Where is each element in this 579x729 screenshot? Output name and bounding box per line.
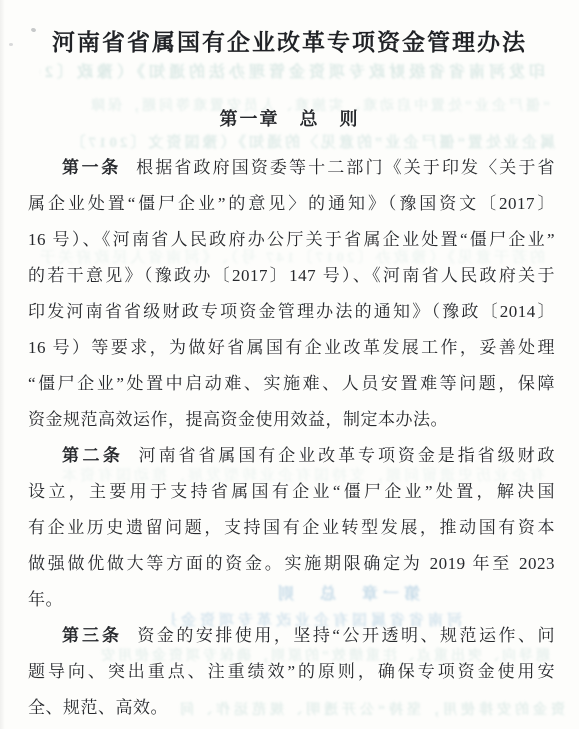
article-number: 第三条 bbox=[62, 626, 122, 645]
body-line: 设立，主要用于支持省属国有企业“僵尸企业”处置，解决国 bbox=[28, 474, 555, 510]
body-line: “僵尸企业”处置中启动难、实施难、人员安置难等问题，保障 bbox=[28, 366, 555, 402]
body-line: 的若干意见》（豫政办〔2017〕147 号）、《河南省人民政府关于 bbox=[28, 258, 555, 294]
bleed-through-text: 印发河南省省级财政专项资金管理办法的通知》（豫政〔2014〕 bbox=[40, 59, 545, 82]
document-body: 第一条根据省政府国资委等十二部门《关于印发〈关于省属企业处置“僵尸企业”的意见〉… bbox=[28, 150, 555, 726]
article-number: 第一条 bbox=[62, 158, 121, 177]
body-line: 全、规范、高效。 bbox=[28, 690, 555, 726]
document-title: 河南省省属国有企业改革专项资金管理办法 bbox=[0, 24, 579, 57]
body-line: 年。 bbox=[28, 582, 555, 618]
article-number: 第二条 bbox=[62, 446, 123, 465]
body-line: 做强做优做大等方面的资金。实施期限确定为 2019 年至 2023 bbox=[28, 546, 555, 582]
bleed-through-text: 属企业处置“僵尸企业”的意见〉的通知》（豫国资文〔2017〕 bbox=[55, 131, 555, 152]
document-page: 印发河南省省级财政专项资金管理办法的通知》（豫政〔2014〕 “僵尸企业”处置中… bbox=[0, 0, 579, 729]
body-line: 第二条河南省省属国有企业改革专项资金是指省级财政 bbox=[28, 438, 555, 474]
body-line: 第一条根据省政府国资委等十二部门《关于印发〈关于省 bbox=[28, 150, 555, 186]
chapter-heading: 第一章 总 则 bbox=[0, 105, 579, 131]
body-line: 题导向、突出重点、注重绩效”的原则，确保专项资金使用安 bbox=[28, 654, 555, 690]
body-line: 有企业历史遗留问题，支持国有企业转型发展，推动国有资本 bbox=[28, 510, 555, 546]
body-line: 资金规范高效运作，提高资金使用效益，制定本办法。 bbox=[28, 402, 555, 438]
body-line: 第三条资金的安排使用，坚持“公开透明、规范运作、问 bbox=[28, 618, 555, 654]
body-line: 属企业处置“僵尸企业”的意见〉的通知》（豫国资文〔2017〕 bbox=[28, 186, 555, 222]
body-line: 印发河南省省级财政专项资金管理办法的通知》（豫政〔2014〕 bbox=[28, 294, 555, 330]
body-line: 16 号）等要求，为做好省属国有企业改革发展工作，妥善处理 bbox=[28, 330, 555, 366]
body-line: 16 号）、《河南省人民政府办公厅关于省属企业处置“僵尸企业” bbox=[28, 222, 555, 258]
